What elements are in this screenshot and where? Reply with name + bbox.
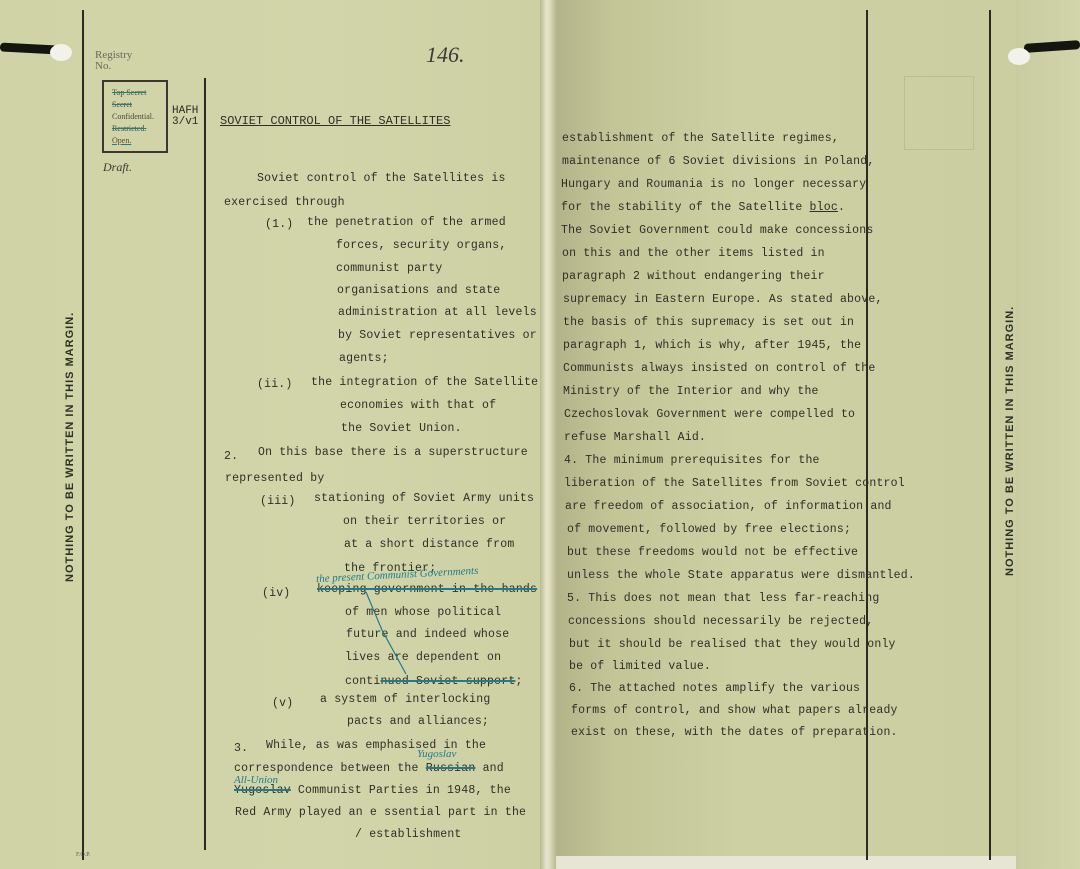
body-line: Yugoslav Communist Parties in 1948, the: [234, 784, 511, 797]
body-line: organisations and state: [337, 284, 500, 297]
show-through-box: [904, 76, 974, 150]
reference-code: HAFH 3/v1: [172, 106, 198, 128]
margin-rule-inner: [204, 78, 206, 850]
body-line: supremacy in Eastern Europe. As stated a…: [563, 293, 883, 306]
registry-label: Registry No.: [95, 50, 132, 72]
body-line: The Soviet Government could make concess…: [561, 224, 873, 237]
list-marker: (iv): [262, 587, 290, 600]
body-line: forces, security organs,: [336, 239, 506, 252]
body-line: establishment of the Satellite regimes,: [562, 132, 839, 145]
body-line: the basis of this supremacy is set out i…: [563, 316, 854, 329]
body-line: forms of control, and show what papers a…: [571, 704, 898, 717]
footer-code: F.O.P.: [76, 852, 90, 858]
body-line: on this and the other items listed in: [562, 247, 825, 260]
classification-confidential: Confidential.: [112, 111, 166, 123]
text: for the stability of the Satellite: [561, 201, 810, 214]
classification-top-secret: Top Secret: [112, 87, 166, 99]
classification-secret: Secret: [112, 99, 166, 111]
body-line: unless the whole State apparatus were di…: [567, 569, 915, 582]
paragraph-number: 3.: [234, 742, 248, 755]
body-line: by Soviet representatives or: [338, 329, 537, 342]
body-line: 5. This does not mean that less far-reac…: [567, 592, 879, 605]
body-line: On this base there is a superstructure: [258, 446, 528, 459]
body-line: the integration of the Satellite: [311, 376, 538, 389]
body-line: Red Army played an e ssential part in th…: [235, 806, 526, 819]
margin-notice-right: NOTHING TO BE WRITTEN IN THIS MARGIN.: [1004, 306, 1016, 576]
draft-label: Draft.: [103, 160, 132, 175]
body-line: Ministry of the Interior and why the: [563, 385, 819, 398]
body-line: paragraph 2 without endangering their: [562, 270, 825, 283]
body-line: economies with that of: [340, 399, 496, 412]
body-line: Czechoslovak Government were compelled t…: [564, 408, 855, 421]
text: and: [483, 762, 504, 775]
classification-restricted: Restricted.: [112, 123, 166, 135]
paragraph-number: 2.: [224, 450, 238, 463]
list-marker: (v): [272, 697, 293, 710]
body-line: Communists always insisted on control of…: [563, 362, 875, 375]
classification-open: Open.: [112, 135, 166, 147]
body-line: be of limited value.: [569, 660, 711, 673]
body-line: concessions should necessarily be reject…: [568, 615, 873, 628]
underlined-text: bloc: [810, 201, 838, 214]
folio-number: 146.: [426, 42, 465, 68]
body-line: liberation of the Satellites from Soviet…: [564, 477, 905, 490]
page-bottom-edge: [556, 856, 1016, 869]
handwritten-insert-yugoslav: Yugoslav: [417, 748, 456, 760]
body-line: agents;: [339, 352, 389, 365]
body-line: are freedom of association, of informati…: [565, 500, 892, 513]
body-line: at a short distance from: [344, 538, 514, 551]
body-line: exercised through: [224, 196, 345, 209]
body-line: on their territories or: [343, 515, 506, 528]
document-title: SOVIET CONTROL OF THE SATELLITES: [220, 114, 450, 128]
punch-hole-left: [50, 44, 72, 61]
body-line: 4. The minimum prerequisites for the: [564, 454, 820, 467]
body-line: of movement, followed by free elections;: [567, 523, 851, 536]
body-line: communist party: [336, 262, 443, 275]
registry-label-line2: No.: [95, 61, 132, 72]
body-line: stationing of Soviet Army units: [314, 492, 534, 505]
body-line: the penetration of the armed: [307, 216, 506, 229]
body-line: Hungary and Roumania is no longer necess…: [561, 178, 866, 191]
list-marker: (iii): [260, 495, 296, 508]
struck-text: Yugoslav: [234, 784, 291, 797]
punch-hole-right: [1008, 48, 1030, 65]
body-line: 6. The attached notes amplify the variou…: [569, 682, 860, 695]
margin-rule-right-outer: [989, 10, 991, 860]
list-marker: (1.): [265, 218, 293, 231]
body-line: represented by: [225, 472, 324, 485]
body-line: exist on these, with the dates of prepar…: [571, 726, 898, 739]
body-line: Soviet control of the Satellites is: [257, 172, 506, 185]
body-line: paragraph 1, which is why, after 1945, t…: [563, 339, 861, 352]
struck-text: Russian: [426, 762, 476, 775]
margin-notice-left: NOTHING TO BE WRITTEN IN THIS MARGIN.: [64, 312, 76, 582]
body-line: a system of interlocking: [320, 693, 490, 706]
text: Communist Parties in 1948, the: [298, 784, 511, 797]
classification-box: Top Secret Secret Confidential. Restrict…: [102, 80, 168, 153]
body-line: but it should be realised that they woul…: [569, 638, 896, 651]
margin-rule-left: [82, 10, 84, 860]
body-line: maintenance of 6 Soviet divisions in Pol…: [562, 155, 874, 168]
body-line: for the stability of the Satellite bloc.: [561, 201, 845, 214]
list-marker: (ii.): [257, 378, 293, 391]
text: .: [838, 201, 845, 214]
struck-line: keeping government in the hands: [317, 583, 537, 596]
body-line: pacts and alliances;: [347, 715, 489, 728]
next-page-edge: [1016, 0, 1080, 869]
body-line: the Soviet Union.: [341, 422, 462, 435]
insertion-arrow-icon: [360, 590, 420, 680]
semicolon: ;: [515, 675, 522, 688]
body-line: refuse Marshall Aid.: [564, 431, 706, 444]
body-line: but these freedoms would not be effectiv…: [567, 546, 858, 559]
page-gutter: [540, 0, 556, 869]
body-line: administration at all levels: [338, 306, 537, 319]
reference-code-line2: 3/v1: [172, 117, 198, 128]
catchword: / establishment: [355, 828, 462, 841]
